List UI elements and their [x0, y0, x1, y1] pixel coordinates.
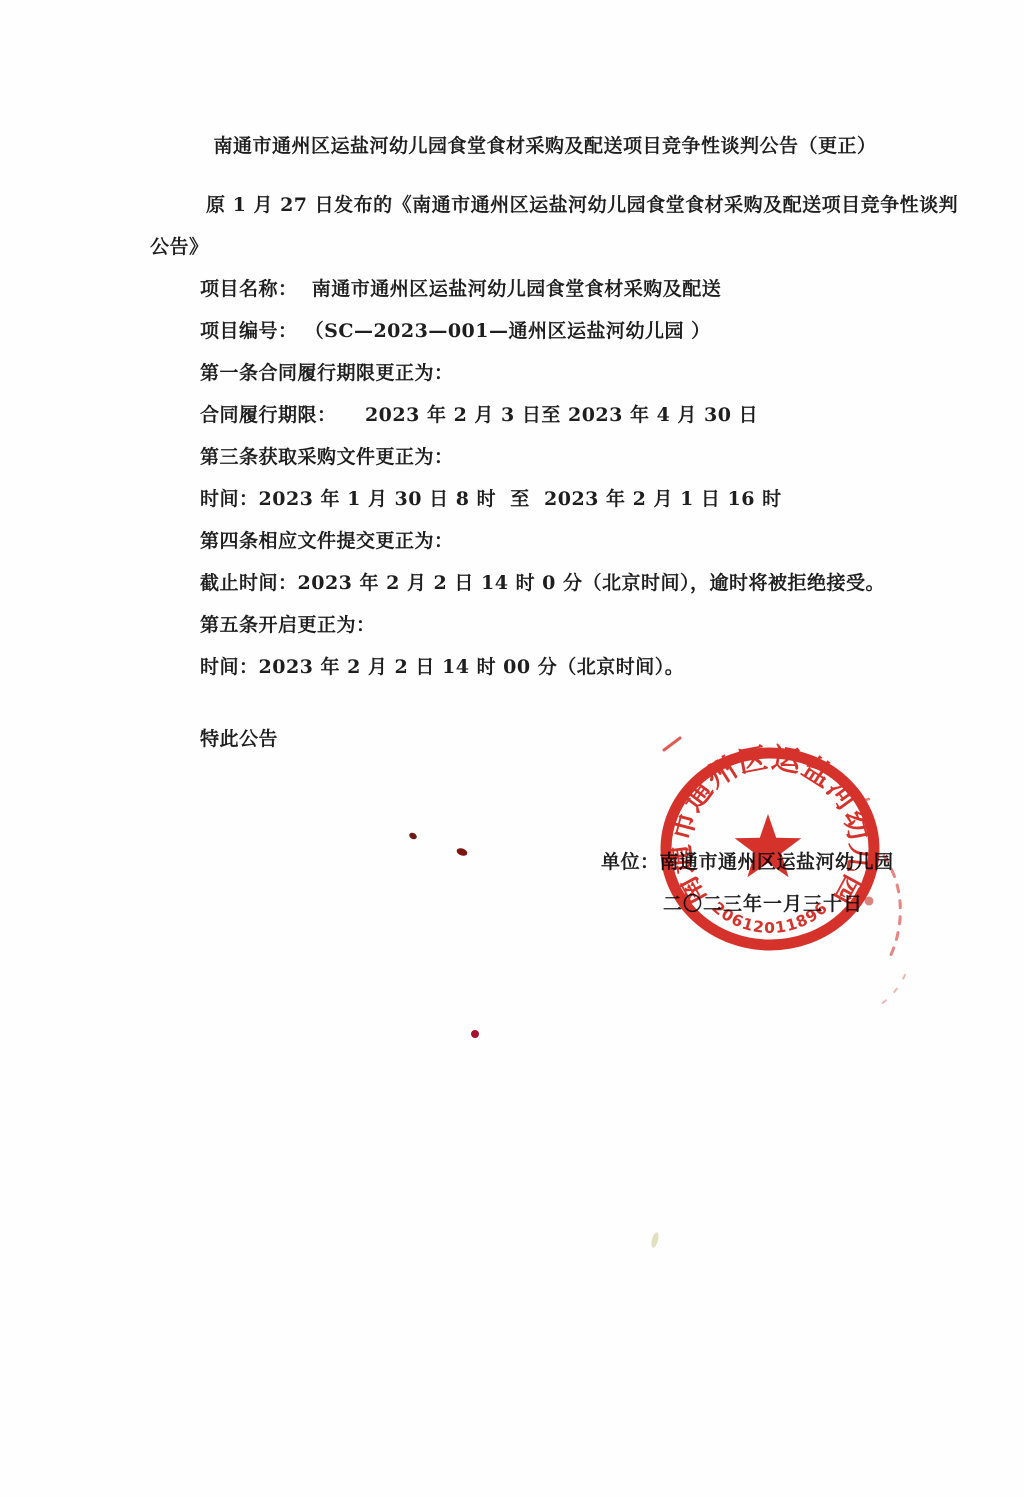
project-number-line: 项目编号： （SC—2023—001—通州区运盐河幼儿园 ） [150, 319, 970, 343]
deadline-line: 截止时间：2023 年 2 月 2 日 14 时 0 分（北京时间），逾时将被拒… [150, 571, 970, 595]
project-name-line: 项目名称： 南通市通州区运盐河幼儿园食堂食材采购及配送 [150, 277, 970, 301]
clause-5-heading: 第五条开启更正为： [150, 613, 970, 637]
clause-1-heading: 第一条合同履行期限更正为： [150, 361, 970, 385]
closing-statement: 特此公告 [150, 727, 970, 751]
clause-3-heading: 第三条获取采购文件更正为： [150, 445, 970, 469]
faint-speck [650, 1231, 660, 1248]
intro-line-2: 公告》 [150, 235, 920, 259]
seal-arc-text: 南通市通州区运盐河幼儿园 [662, 740, 878, 912]
clause-4-heading: 第四条相应文件提交更正为： [150, 529, 970, 553]
ghost-stamp-arc [865, 856, 906, 1006]
scanned-announcement-page: 南通市通州区运盐河幼儿园食堂食材采购及配送项目竞争性谈判公告（更正） 原 1 月… [0, 0, 1024, 1497]
seal-stray-dash [851, 791, 858, 794]
ink-speck-1 [408, 831, 418, 840]
seal-stray-dash-2 [861, 799, 869, 801]
page-title: 南通市通州区运盐河幼儿园食堂食材采购及配送项目竞争性谈判公告（更正） [160, 131, 930, 158]
ink-speck-3 [471, 1030, 479, 1038]
ink-speck-2 [456, 847, 469, 857]
document-time-line: 时间：2023 年 1 月 30 日 8 时 至 2023 年 2 月 1 日 … [150, 487, 970, 511]
intro-line-1: 原 1 月 27 日发布的《南通市通州区运盐河幼儿园食堂食材采购及配送项目竞争性… [150, 193, 976, 217]
signature-unit-line: 单位：南通市通州区运盐河幼儿园 [601, 847, 894, 874]
signature-date-line: 二〇二三年一月三十日 [663, 889, 863, 916]
opening-time-line: 时间：2023 年 2 月 2 日 14 时 00 分（北京时间）。 [150, 655, 970, 679]
contract-period-line: 合同履行期限： 2023 年 2 月 3 日至 2023 年 4 月 30 日 [150, 403, 970, 427]
